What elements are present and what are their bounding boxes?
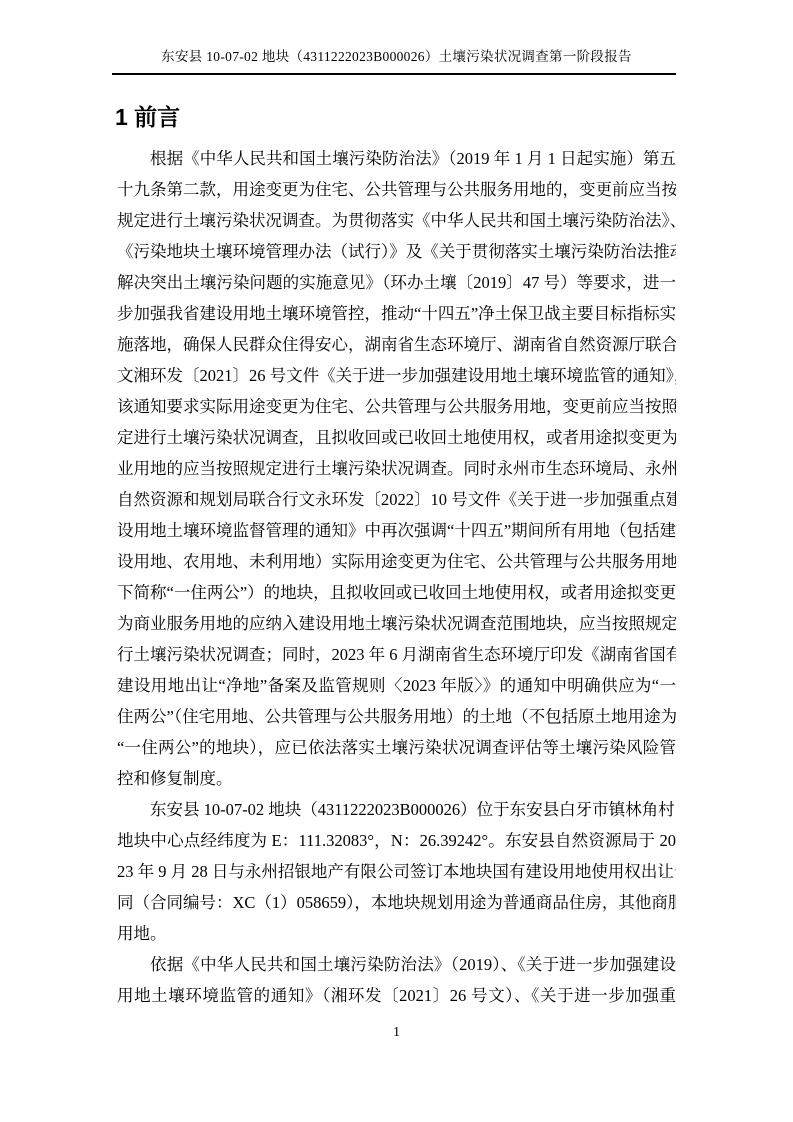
page-header-title: 东安县 10-07-02 地块（4311222023B000026）土壤污染状况… [0,48,793,66]
paragraph-line: 行土壤污染状况调查；同时，2023 年 6 月湖南省生态环境厅印发《湖南省国有 [117,639,676,670]
paragraph-line: 设用地、农用地、未利用地）实际用途变更为住宅、公共管理与公共服务用地（以 [117,546,676,577]
paragraph-line: 文湘环发〔2021〕26 号文件《关于进一步加强建设用地土壤环境监管的通知》， [117,360,676,391]
paragraph-line: 同（合同编号：XC（1）058659），本地块规划用途为普通商品住房，其他商服 [117,887,676,918]
paragraph-line: 依据《中华人民共和国土壤污染防治法》（2019）、《关于进一步加强建设 [117,949,676,980]
paragraph-line: 解决突出土壤污染问题的实施意见》（环办土壤〔2019〕47 号）等要求，进一 [117,267,676,298]
paragraph-line: 施落地，确保人民群众住得安心，湖南省生态环境厅、湖南省自然资源厅联合行 [117,329,676,360]
paragraph-line: 建设用地出让“净地”备案及监管规则〈2023 年版〉》的通知中明确供应为“一 [117,670,676,701]
document-page: 东安县 10-07-02 地块（4311222023B000026）土壤污染状况… [0,0,793,1122]
paragraph-line: 步加强我省建设用地土壤环境管控，推动“十四五”净土保卫战主要目标指标实 [117,298,676,329]
paragraph-line: 用地。 [117,918,676,949]
paragraph-line: 定进行土壤污染状况调查，且拟收回或已收回土地使用权，或者用途拟变更为商 [117,422,676,453]
paragraph-line: 规定进行土壤污染状况调查。为贯彻落实《中华人民共和国土壤污染防治法》、 [117,205,676,236]
header-rule [112,73,676,75]
paragraph-line: 23 年 9 月 28 日与永州招银地产有限公司签订本地块国有建设用地使用权出让… [117,856,676,887]
paragraph-line: 住两公”（住宅用地、公共管理与公共服务用地）的土地（不包括原土地用途为 [117,701,676,732]
paragraph-line: 十九条第二款，用途变更为住宅、公共管理与公共服务用地的，变更前应当按照 [117,174,676,205]
paragraph-line: 东安县 10-07-02 地块（4311222023B000026）位于东安县白… [117,794,676,825]
paragraph: 东安县 10-07-02 地块（4311222023B000026）位于东安县白… [117,794,676,949]
paragraph-line: 业用地的应当按照规定进行土壤污染状况调查。同时永州市生态环境局、永州市 [117,453,676,484]
document-body: 根据《中华人民共和国土壤污染防治法》（2019 年 1 月 1 日起实施）第五十… [117,143,676,1011]
section-heading: 1 前言 [115,101,180,133]
paragraph: 依据《中华人民共和国土壤污染防治法》（2019）、《关于进一步加强建设用地土壤环… [117,949,676,1011]
paragraph-line: 《污染地块土壤环境管理办法（试行）》及《关于贯彻落实土壤污染防治法推动 [117,236,676,267]
page-footer: 1 [0,1024,793,1042]
paragraph-line: 设用地土壤环境监督管理的通知》中再次强调“十四五”期间所有用地（包括建 [117,515,676,546]
paragraph-line: “一住两公”的地块），应已依法落实土壤污染状况调查评估等土壤污染风险管 [117,732,676,763]
paragraph: 根据《中华人民共和国土壤污染防治法》（2019 年 1 月 1 日起实施）第五十… [117,143,676,794]
paragraph-line: 为商业服务用地的应纳入建设用地土壤污染状况调查范围地块，应当按照规定进 [117,608,676,639]
paragraph-line: 下简称“一住两公”）的地块，且拟收回或已收回土地使用权，或者用途拟变更 [117,577,676,608]
paragraph-line: 自然资源和规划局联合行文永环发〔2022〕10 号文件《关于进一步加强重点建 [117,484,676,515]
paragraph-line: 该通知要求实际用途变更为住宅、公共管理与公共服务用地，变更前应当按照规 [117,391,676,422]
paragraph-line: 根据《中华人民共和国土壤污染防治法》（2019 年 1 月 1 日起实施）第五 [117,143,676,174]
page-number: 1 [393,1025,400,1040]
paragraph-line: 控和修复制度。 [117,763,676,794]
paragraph-line: 地块中心点经纬度为 E：111.32083°，N：26.39242°。东安县自然… [117,825,676,856]
paragraph-line: 用地土壤环境监管的通知》（湘环发〔2021〕26 号文）、《关于进一步加强重 [117,980,676,1011]
